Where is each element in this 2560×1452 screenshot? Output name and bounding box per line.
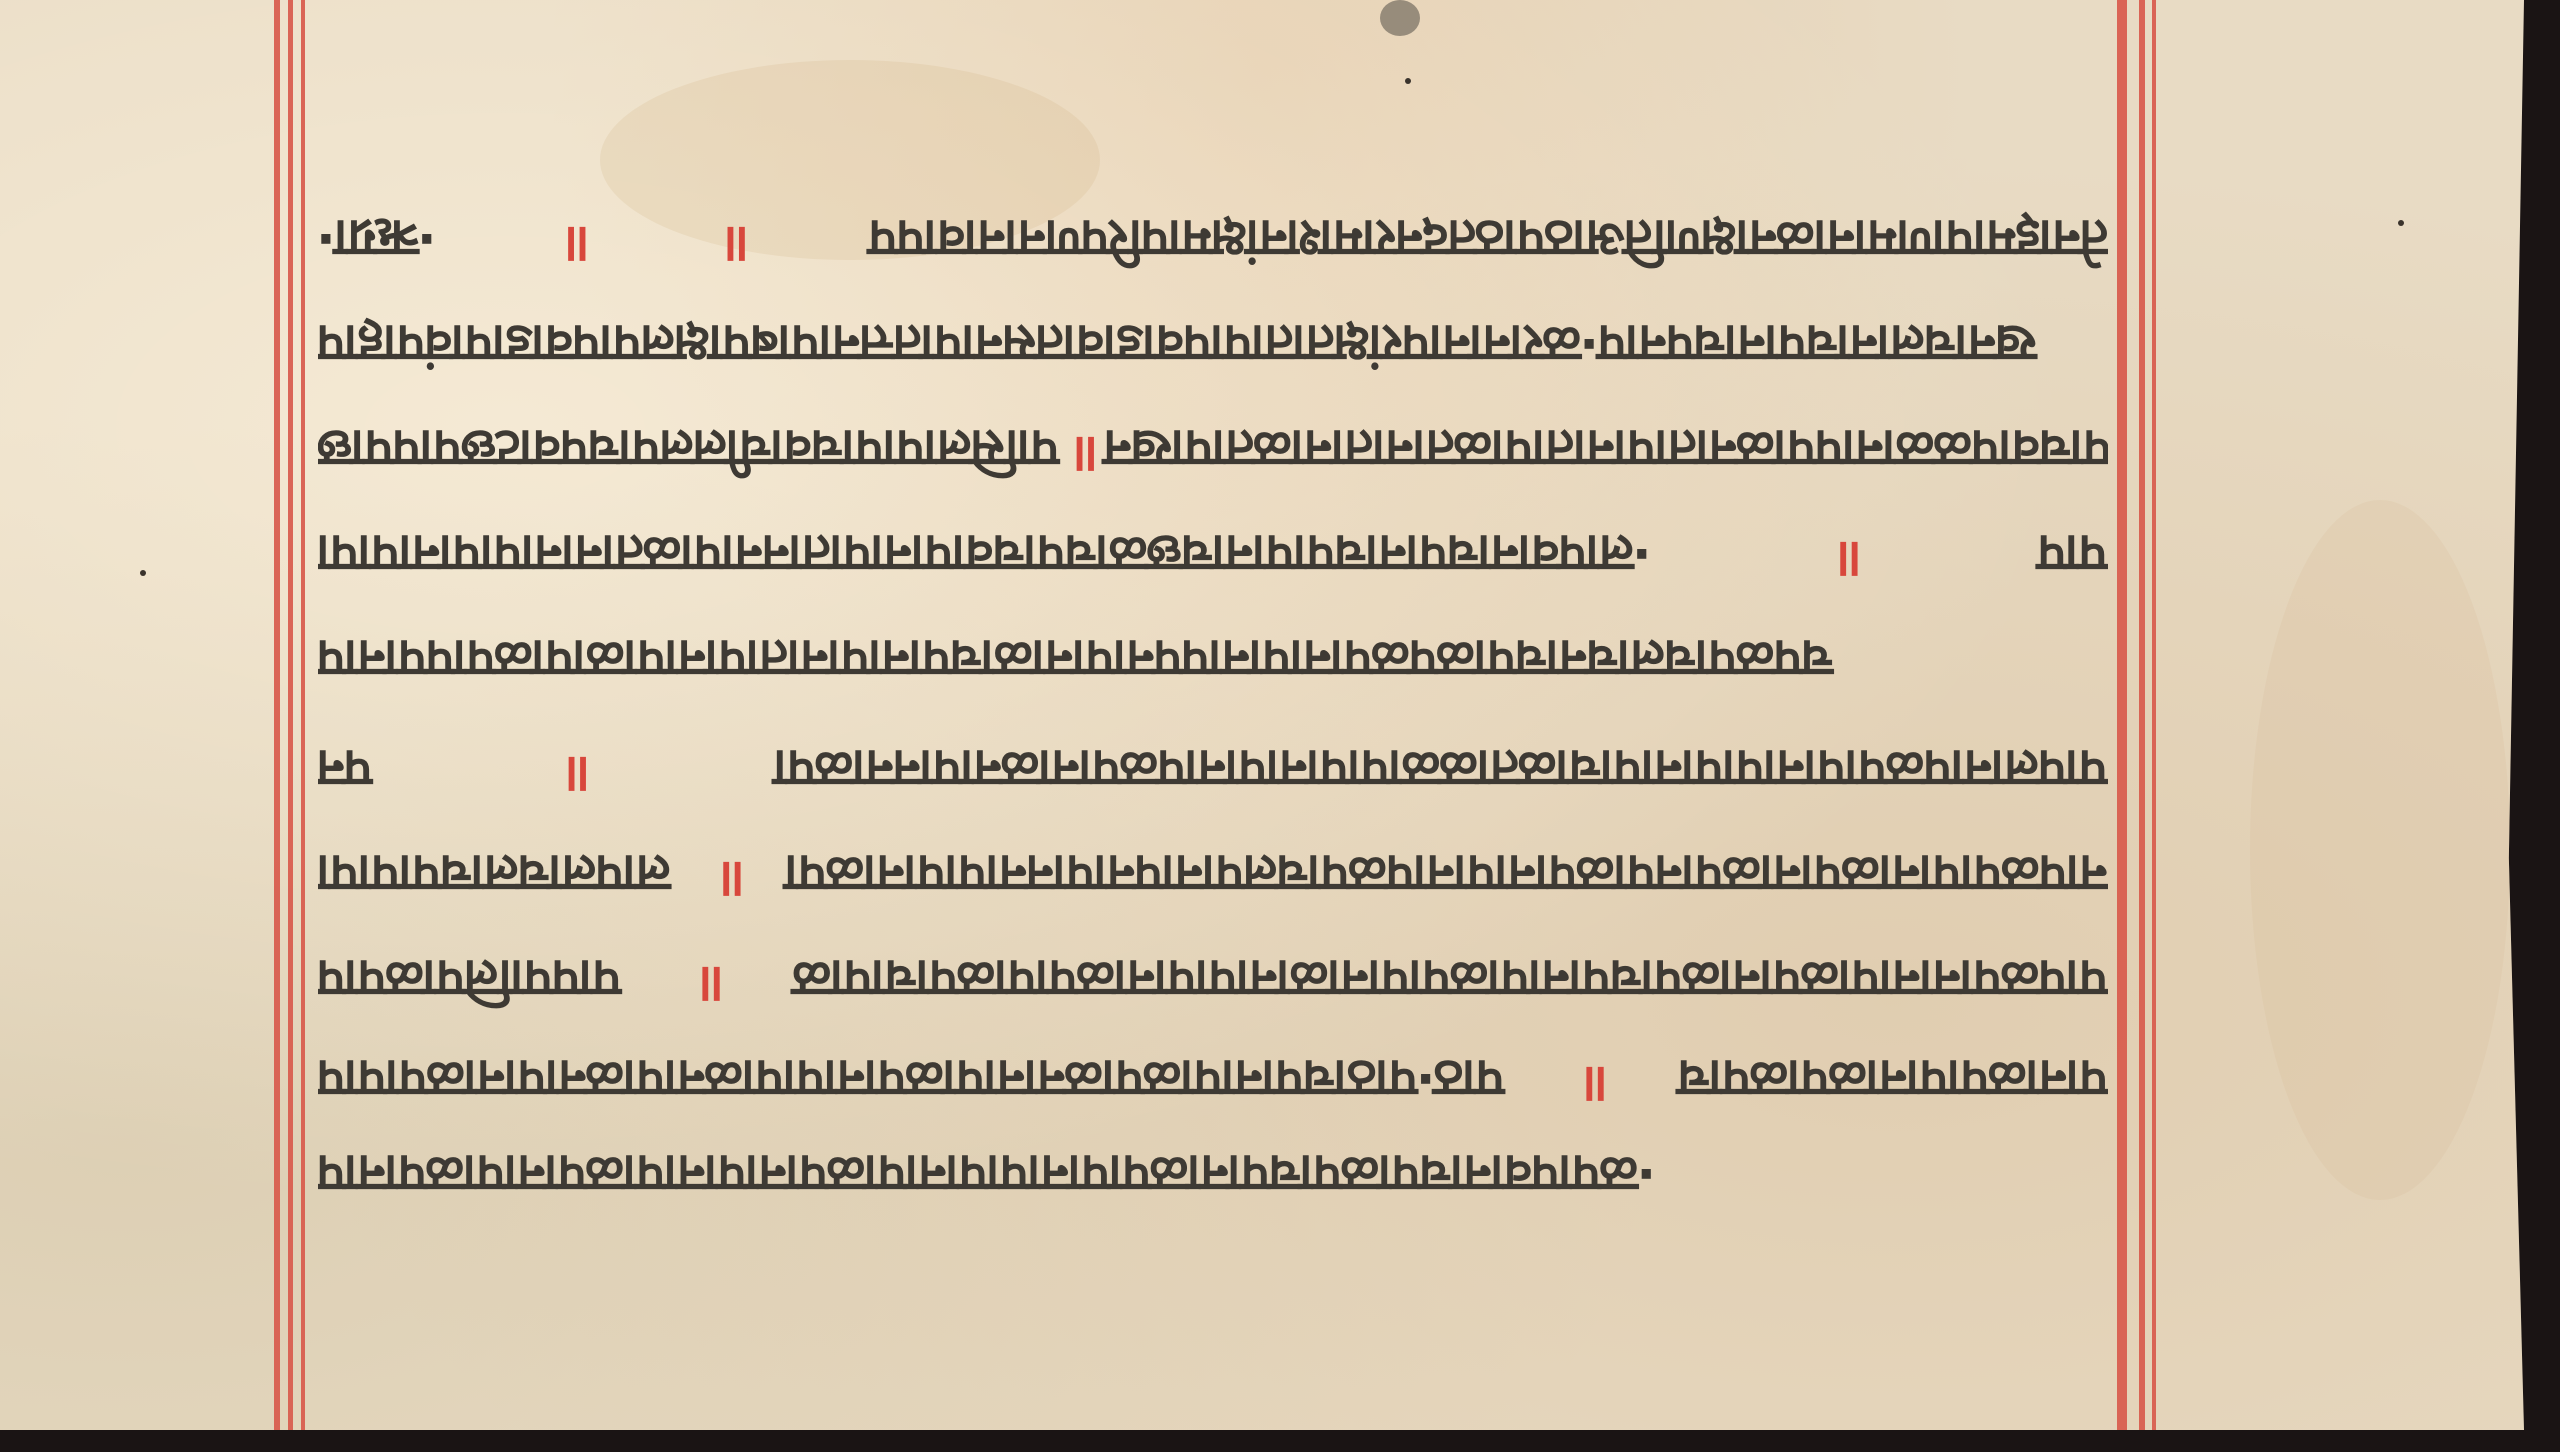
red-danda: ॥ bbox=[1067, 415, 1096, 485]
text-line-10: ·ळपापवानाचपाळपाचपानाळपापानापापानापाळपाना… bbox=[318, 1140, 2108, 1210]
text-segment: खनाचलानाचपानाचपनाप·ळरानानापरांक्षतातापाप… bbox=[318, 310, 2037, 380]
text-segment: लापलाचलाचपापापा bbox=[318, 840, 671, 910]
paper-stain bbox=[1380, 0, 1420, 36]
red-danda: ॥ bbox=[1831, 520, 1860, 590]
ink-speck bbox=[1405, 78, 1411, 84]
text-line-6: पन ॥ पापलानापळपापानापापानापाचाळताळळापापा… bbox=[318, 735, 2108, 805]
manuscript-folio: ·ऋग्रा· ॥ ॥ तेनाइमापाणमानाळनाक्षणतिआठपाठ… bbox=[0, 0, 2524, 1430]
text-segment: ·ऋग्रा· bbox=[318, 205, 437, 275]
text-segment: पानाळपापानाळपाळपाच bbox=[1679, 1045, 2108, 1115]
text-segment: पापपालिपाळपाप bbox=[318, 945, 621, 1015]
right-margin-rule bbox=[2152, 0, 2156, 1430]
left-margin-rule bbox=[301, 0, 305, 1430]
text-segment: चपळपाचलाचनाचपाळपळपानापानापपनापानाळाचपाना… bbox=[318, 625, 1833, 695]
right-margin-rule bbox=[2117, 0, 2127, 1430]
text-segment: पाप bbox=[2039, 520, 2108, 590]
text-segment: ·ळपापवानाचपाळपाचपानाळपापानापापानापाळपाना… bbox=[318, 1140, 1656, 1210]
text-line-7: लापलाचलाचपापापा ॥ नापळपापानाळपानाळपानपाळ… bbox=[318, 840, 2108, 910]
text-segment: पापळपानानापाळपानाळपाचपानापाळपापानाळानापा… bbox=[794, 945, 2108, 1015]
red-danda: ॥ bbox=[1577, 1045, 1606, 1115]
text-line-5: चपळपाचलाचनाचपाळपळपानापानापपनापानाळाचपाना… bbox=[318, 625, 2108, 695]
red-danda: ॥ bbox=[714, 840, 743, 910]
red-danda: ॥ bbox=[718, 205, 747, 275]
red-danda: ॥ bbox=[559, 735, 588, 805]
ink-speck bbox=[140, 570, 146, 576]
ink-speck bbox=[2398, 220, 2404, 226]
paper-stain bbox=[2250, 500, 2510, 1200]
text-segment: नापळपापानाळपानाळपानपाळपानापानापळपाचलपाना… bbox=[786, 840, 2108, 910]
text-line-1: ·ऋग्रा· ॥ ॥ तेनाइमापाणमानाळनाक्षणतिआठपाठ… bbox=[318, 205, 2108, 275]
red-danda: ॥ bbox=[693, 945, 722, 1015]
text-segment: पन bbox=[318, 735, 372, 805]
text-line-9: पाठ·पाठाचपानापाळपाळनानापाळपानापापाळनापाळ… bbox=[318, 1045, 2108, 1115]
text-line-8: पापपालिपाळपाप ॥ पापळपानानापाळपानाळपाचपान… bbox=[318, 945, 2108, 1015]
text-line-2: खनाचलानाचपानाचपनाप·ळरानानापरांक्षतातापाप… bbox=[318, 310, 2108, 380]
left-margin-rule bbox=[274, 0, 280, 1430]
text-segment: पापलानापळपापानापापानापाचाळताळळापापानापान… bbox=[775, 735, 2108, 805]
text-line-3: पासिलापापाचवाचीललपाचपवाटछपापपाछ ॥ पापळपा… bbox=[318, 415, 2108, 485]
text-segment: तेनाइमापाणमानाळनाक्षणतिआठपाठतदनरामाशनांक… bbox=[870, 205, 2108, 275]
right-margin-rule bbox=[2139, 0, 2145, 1430]
left-margin-rule bbox=[288, 0, 293, 1430]
text-segment: पासिलापापाचवाचीललपाचपवाटछपापपाछ bbox=[318, 415, 1059, 485]
text-segment: पापळपाचवापळळानापपाळनातापानातापाळतानाताना… bbox=[1105, 415, 2108, 485]
text-line-4: ·लापवानाचपानाचपापानाचछळाचपाचवापानापातानन… bbox=[318, 520, 2108, 590]
text-segment: पाठ·पाठाचपानापाळपाळनानापाळपानापापाळनापाळ… bbox=[318, 1045, 1505, 1115]
red-danda: ॥ bbox=[559, 205, 588, 275]
text-segment: ·लापवानाचपानाचपापानाचछळाचपाचवापानापातानन… bbox=[318, 520, 1652, 590]
